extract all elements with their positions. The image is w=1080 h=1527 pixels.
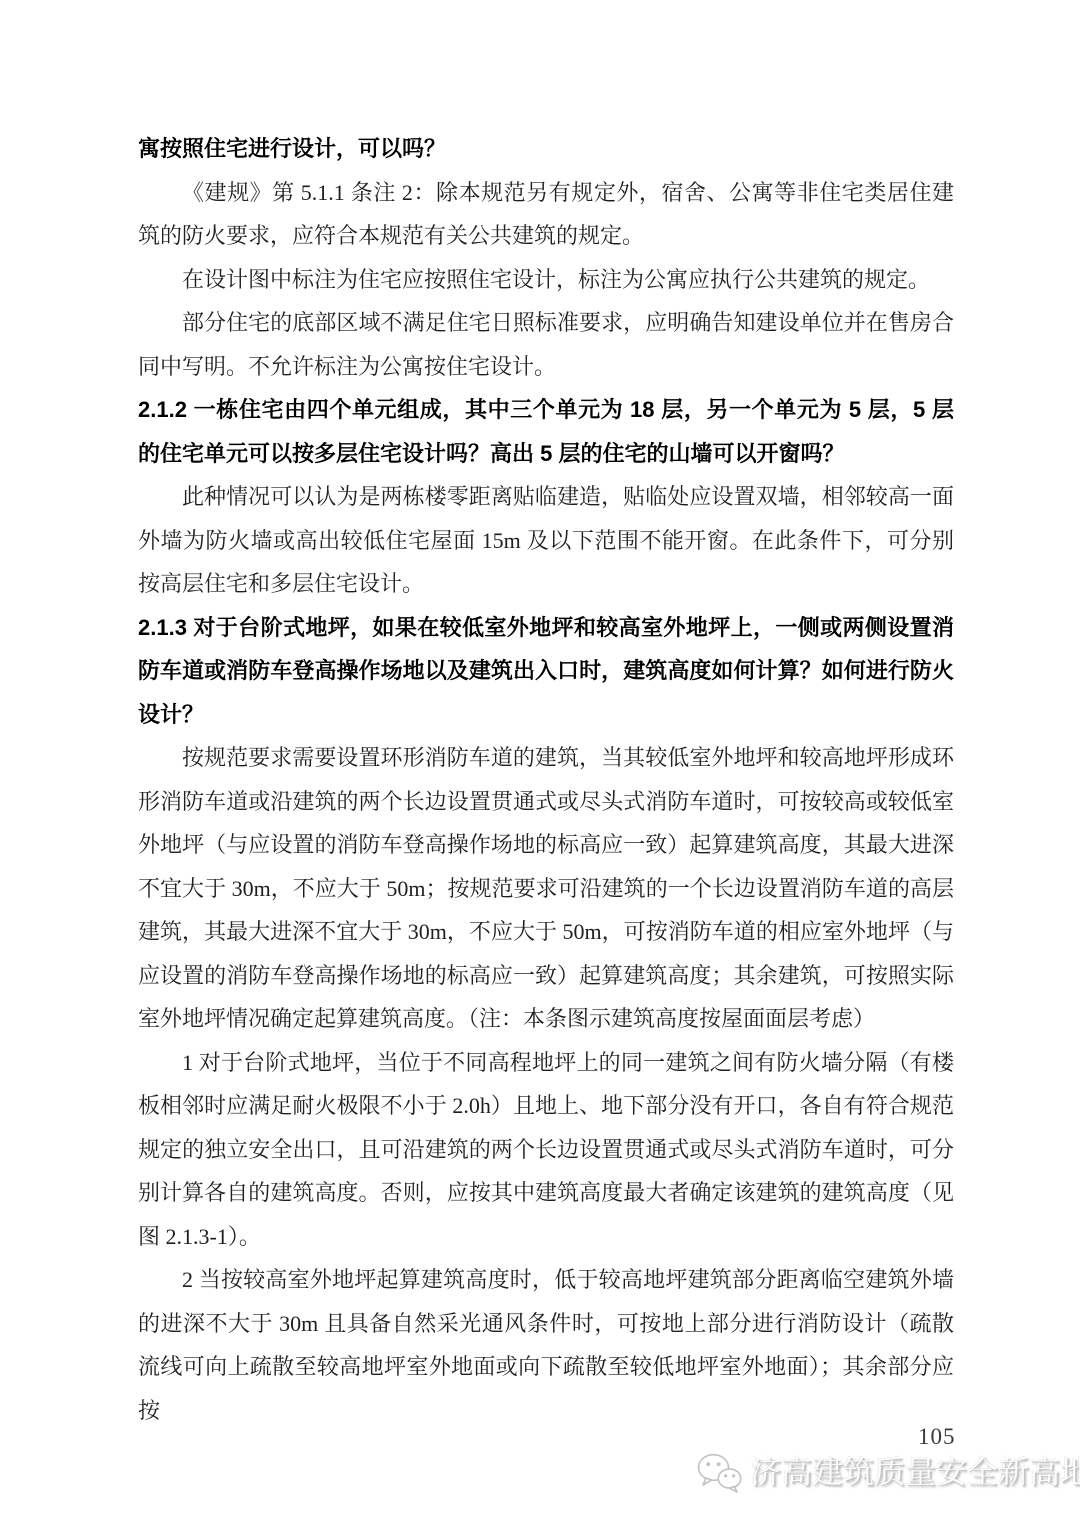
answer-paragraph: 部分住宅的底部区域不满足住宅日照标准要求，应明确告知建设单位并在售房合同中写明。… bbox=[138, 301, 954, 388]
answer-paragraph: 《建规》第 5.1.1 条注 2：除本规范另有规定外，宿舍、公寓等非住宅类居住建… bbox=[138, 171, 954, 258]
text-content: 寓按照住宅进行设计，可以吗？ 《建规》第 5.1.1 条注 2：除本规范另有规定… bbox=[138, 127, 954, 1432]
question-heading-continuation: 寓按照住宅进行设计，可以吗？ bbox=[138, 127, 954, 171]
answer-paragraph: 此种情况可以认为是两栋楼零距离贴临建造，贴临处应设置双墙，相邻较高一面外墙为防火… bbox=[138, 475, 954, 606]
answer-paragraph: 按规范要求需要设置环形消防车道的建筑，当其较低室外地坪和较高地坪形成环形消防车道… bbox=[138, 736, 954, 1041]
watermark: 济高建筑质量安全新高地 bbox=[696, 1452, 1080, 1494]
answer-paragraph: 在设计图中标注为住宅应按照住宅设计，标注为公寓应执行公共建筑的规定。 bbox=[138, 258, 954, 302]
watermark-text: 济高建筑质量安全新高地 bbox=[750, 1452, 1080, 1494]
document-page: 寓按照住宅进行设计，可以吗？ 《建规》第 5.1.1 条注 2：除本规范另有规定… bbox=[0, 0, 1080, 1527]
question-heading-2-1-3: 2.1.3 对于台阶式地坪，如果在较低室外地坪和较高室外地坪上，一侧或两侧设置消… bbox=[138, 606, 954, 737]
page-number: 105 bbox=[918, 1424, 956, 1450]
question-heading-2-1-2: 2.1.2 一栋住宅由四个单元组成，其中三个单元为 18 层，另一个单元为 5 … bbox=[138, 388, 954, 475]
answer-paragraph: 2 当按较高室外地坪起算建筑高度时，低于较高地坪建筑部分距离临空建筑外墙的进深不… bbox=[138, 1258, 954, 1432]
wechat-icon bbox=[696, 1452, 743, 1494]
answer-paragraph: 1 对于台阶式地坪，当位于不同高程地坪上的同一建筑之间有防火墙分隔（有楼板相邻时… bbox=[138, 1041, 954, 1259]
